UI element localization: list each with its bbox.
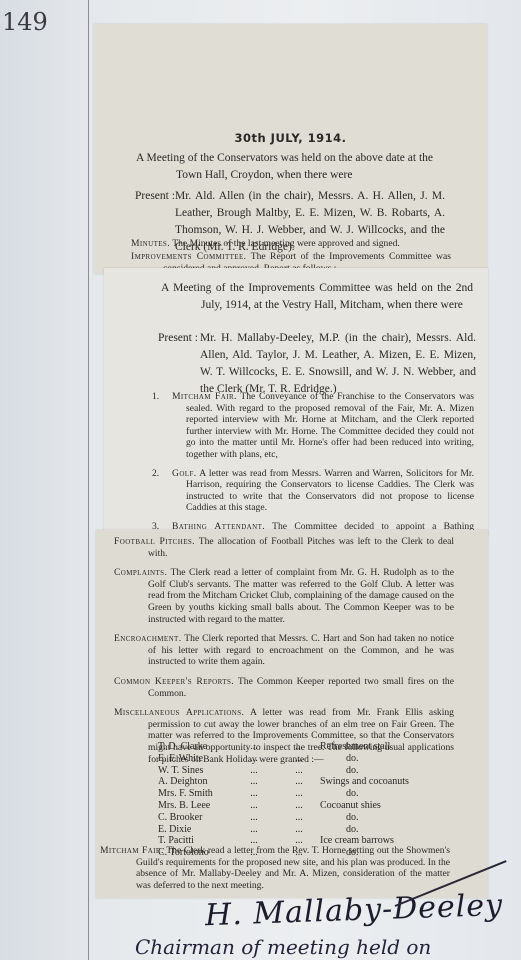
section-mitcham-fair: Mitcham Fair. The Clerk read a letter fr… [100,845,450,891]
applications-table: T. D. Clarke......Refreshment stallE. F.… [158,741,466,859]
leader-dots: ... [230,800,278,812]
application-row: E. Dixie......do. [158,824,466,836]
section-keeper-reports: Common Keeper's Reports. The Common Keep… [114,676,454,699]
section-encroachment: Encroachment. The Clerk reported that Me… [114,633,454,668]
applicant-name: E. F. White [158,753,230,765]
application-use: do. [320,812,466,824]
application-use: Swings and cocoanuts [320,776,440,788]
minutes-section: Minutes. The Minutes of the last meeting… [131,238,451,250]
committee-intro: A Meeting of the Improvements Committee … [161,280,473,314]
application-use: Cocoanut shies [320,800,440,812]
final-section: Mitcham Fair. The Clerk read a letter fr… [100,845,450,891]
leader-dots: ... [230,753,278,765]
application-row: C. Brooker......do. [158,812,466,824]
bottom-sections: Football Pitches. The allocation of Foot… [114,536,454,765]
leader-dots: ... [278,788,320,800]
committee-intro-text: A Meeting of the Improvements Committee … [161,280,473,314]
committee-present-label: Present : [158,330,200,398]
application-use: Refreshment stall [320,741,440,753]
applicant-name: Mrs. F. Smith [158,788,230,800]
committee-item-2: 2. Golf. A letter was read from Messrs. … [152,468,474,514]
leader-dots: ... [278,812,320,824]
applicant-name: C. Brooker [158,812,230,824]
leader-dots: ... [230,824,278,836]
minutes-text: The Minutes of the last meeting were app… [172,238,400,249]
leader-dots: ... [278,741,320,753]
applicant-name: T. D. Clarke [158,741,230,753]
section-football: Football Pitches. The allocation of Foot… [114,536,454,559]
minutes-label: Minutes. [131,238,170,249]
committee-present-block: Present : Mr. H. Mallaby-Deeley, M.P. (i… [158,330,476,398]
leader-dots: ... [278,765,320,777]
leader-dots: ... [230,776,278,788]
application-row: A. Deighton......Swings and cocoanuts [158,776,466,788]
application-row: T. D. Clarke......Refreshment stall [158,741,466,753]
margin-rule [88,0,89,960]
application-row: E. F. White......do. [158,753,466,765]
applicant-name: Mrs. B. Leee [158,800,230,812]
application-use: do. [320,788,466,800]
application-row: Mrs. B. Leee......Cocoanut shies [158,800,466,812]
intro-text: A Meeting of the Conservators was held o… [136,150,441,184]
applicant-name: A. Deighton [158,776,230,788]
leader-dots: ... [278,824,320,836]
application-row: W. T. Sines......do. [158,765,466,777]
meeting-date: 30th JULY, 1914. [94,131,487,145]
leader-dots: ... [278,800,320,812]
application-use: do. [320,765,466,777]
conservators-intro: A Meeting of the Conservators was held o… [136,150,441,184]
applicant-name: W. T. Sines [158,765,230,777]
applicant-name: E. Dixie [158,824,230,836]
leader-dots: ... [230,741,278,753]
page-number: 149 [2,8,48,36]
improvements-label: Improvements Committee. [131,251,246,262]
application-use: do. [320,824,466,836]
leader-dots: ... [278,753,320,765]
chairman-note: Chairman of meeting held on [135,935,431,959]
leader-dots: ... [230,765,278,777]
section-complaints: Complaints. The Clerk read a letter of c… [114,567,454,625]
leader-dots: ... [278,776,320,788]
leader-dots: ... [230,812,278,824]
committee-item-1: 1. Mitcham Fair. The Conveyance of the F… [152,391,474,461]
committee-present-list: Mr. H. Mallaby-Deeley, M.P. (in the chai… [200,330,476,398]
application-row: Mrs. F. Smith......do. [158,788,466,800]
application-use: do. [320,753,466,765]
leader-dots: ... [230,788,278,800]
